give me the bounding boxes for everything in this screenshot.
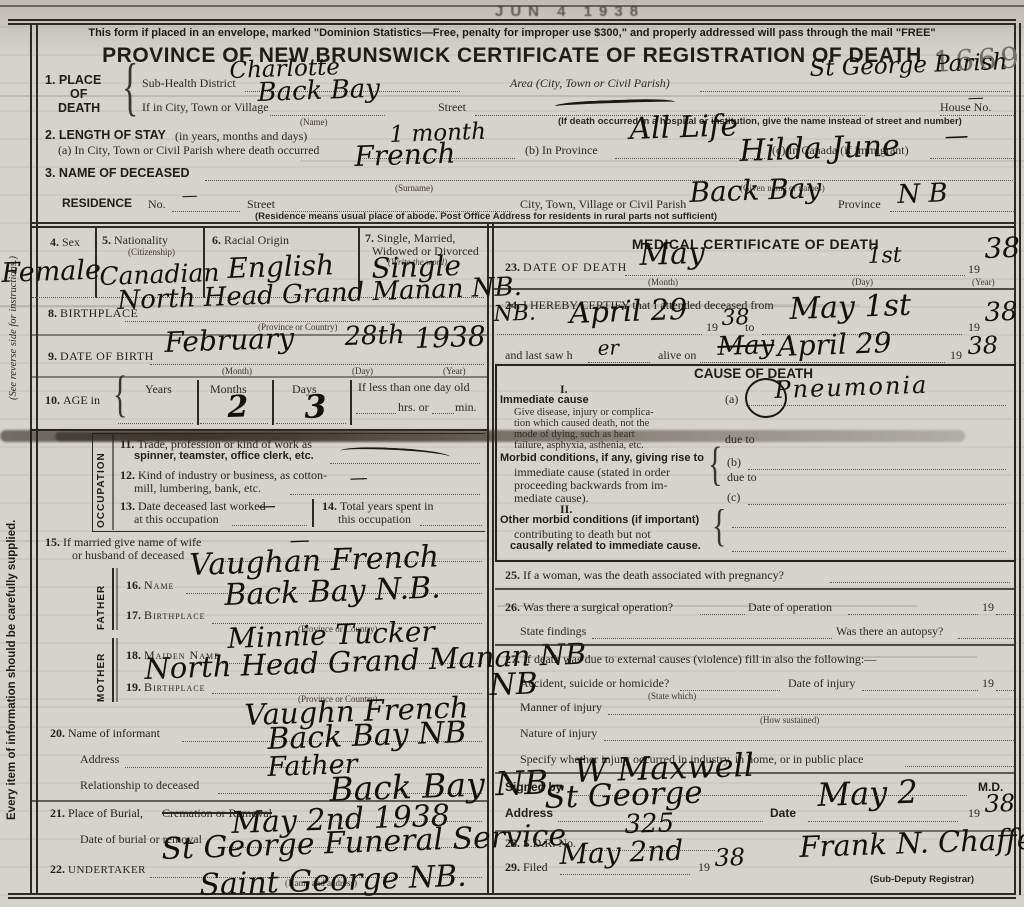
occ-12-label-a: Kind of industry or business, as cotton- — [138, 468, 327, 482]
filed-19: 19 — [698, 860, 710, 875]
dotted-line — [700, 613, 745, 615]
cause-title: CAUSE OF DEATH — [497, 366, 1010, 381]
spouse-label-2: or husband of deceased — [72, 548, 184, 563]
mother-bp-num: 19. — [126, 680, 141, 694]
other-brace: { — [712, 502, 726, 553]
rule — [495, 588, 1014, 590]
filed-value: May 2nd — [559, 834, 684, 871]
occ-13-num: 13. — [120, 499, 135, 513]
medical-certificate-title: MEDICAL CERTIFICATE OF DEATH — [497, 236, 1014, 252]
q26-num: 26. — [505, 600, 520, 614]
border-bottom-2 — [8, 897, 1016, 899]
dotted-line — [270, 114, 385, 116]
dod-year-value: 38 — [984, 231, 1021, 265]
dotted-line — [232, 524, 307, 526]
burial-label: Place of Burial, — [68, 806, 143, 820]
q27-sustained-note: (How sustained) — [760, 715, 819, 725]
q26-19: 19 — [982, 600, 994, 615]
border-top-2 — [8, 23, 1016, 25]
cause-b-label: (b) — [727, 455, 741, 470]
occ-12-num: 12. — [120, 468, 135, 482]
place-label-3: DEATH — [58, 101, 100, 115]
hospital-note: (If death occurred in a hospital or inst… — [558, 116, 962, 127]
scan-streak — [500, 304, 860, 307]
other-morbid-label-3: causally related to immediate cause. — [510, 540, 701, 552]
stay-label: LENGTH OF STAY — [59, 128, 166, 142]
place-label-1: PLACE — [59, 73, 101, 87]
dotted-line — [732, 550, 1006, 552]
birthdate-year-note: (Year) — [443, 366, 466, 376]
dotted-line — [905, 765, 1014, 767]
nat-sub-label: (Citizenship) — [128, 247, 175, 257]
dotted-line — [808, 820, 958, 822]
dotted-line — [996, 689, 1014, 691]
father-bracket-2 — [116, 568, 118, 630]
rule — [495, 772, 1014, 774]
q27-text: If death was due to external causes (vio… — [523, 652, 876, 666]
sdr-num: 28. — [505, 836, 520, 850]
death-certificate-scan: JUN 4 1938 16696 This form if placed in … — [0, 0, 1024, 907]
village-name-note: (Name) — [300, 117, 327, 127]
age-label: AGE in — [63, 393, 100, 407]
age-less-label: If less than one day old — [358, 380, 470, 395]
informant-num: 20. — [50, 726, 65, 740]
certify-alive-value: April 29 — [777, 326, 892, 363]
border-left-2 — [36, 23, 38, 895]
marital-num: 7. — [365, 231, 374, 245]
dotted-line — [958, 637, 1014, 639]
scan-streak — [0, 95, 1024, 97]
residence-no-label: No. — [148, 197, 166, 212]
occ-11-label-b: spinner, teamster, office clerk, etc. — [134, 450, 314, 462]
residence-note: (Residence means usual place of abode. P… — [255, 211, 717, 222]
place-label-2: OF — [70, 87, 87, 101]
father-name-label: Name — [144, 578, 174, 592]
stay-b-label: (b) In Province — [525, 143, 598, 158]
deceased-num: 3. — [45, 166, 55, 180]
residence-province-label: Province — [838, 197, 881, 212]
dotted-line — [748, 503, 1006, 505]
place-num: 1. — [45, 73, 55, 87]
sex-label: Sex — [62, 235, 80, 249]
dotted-line — [604, 739, 1014, 741]
certify-to-value: May 1st — [789, 288, 912, 327]
age-divider — [350, 380, 352, 425]
registrar-signature: Frank N. Chaffey — [799, 821, 1024, 864]
dotted-line — [700, 361, 945, 363]
scan-streak — [497, 656, 977, 658]
father-bp-label: Birthplace — [144, 608, 206, 622]
certify-alive-label: alive on — [658, 348, 696, 363]
residence-city-value: Back Bay — [689, 171, 822, 209]
dotted-line — [420, 524, 482, 526]
father-name-num: 16. — [126, 578, 141, 592]
received-date-stamp: JUN 4 1938 — [495, 3, 645, 20]
dotted-line — [118, 422, 193, 424]
residence-province-value: N B — [897, 178, 948, 210]
cause-a-label: (a) — [725, 392, 738, 407]
dod-label: DATE OF DEATH — [523, 260, 627, 274]
age-num: 10. — [45, 393, 60, 407]
dotted-line — [432, 412, 454, 414]
scan-streak — [300, 160, 1024, 162]
filed-year: 38 — [714, 843, 746, 872]
birthdate-day: 28th — [344, 320, 405, 352]
signed-year-value: 38 — [984, 789, 1016, 818]
street-label: Street — [438, 100, 466, 115]
dotted-line — [560, 873, 690, 875]
dotted-line — [497, 333, 702, 335]
nat-label: Nationality — [114, 233, 168, 247]
dotted-line — [588, 361, 650, 363]
area-label: Area (City, Town or Civil Parish) — [510, 76, 670, 91]
age-min-label: min. — [455, 400, 477, 415]
age-years-label: Years — [145, 382, 172, 397]
occ-14-label-a: Total years spent in — [340, 499, 433, 513]
q27-injury-date-label: Date of injury — [788, 676, 855, 691]
birthdate-month-note: (Month) — [222, 366, 252, 376]
village-label: If in City, Town or Village — [142, 100, 269, 115]
mother-bp-overflow-tail: NB — [489, 666, 538, 703]
q27-nature-label: Nature of injury — [520, 726, 597, 741]
other-morbid-label-1: Other morbid conditions (if important) — [500, 514, 699, 526]
stay-a-label: (a) In City, Town or Civil Parish where … — [58, 143, 319, 158]
dod-num: 23. — [505, 260, 520, 274]
immediate-cause-label: Immediate cause — [500, 394, 589, 406]
filed-num: 29. — [505, 860, 520, 874]
dotted-line — [330, 462, 480, 464]
surname-note: (Surname) — [395, 183, 433, 193]
certify-19c: 19 — [950, 348, 962, 363]
stay-paren: (in years, months and days) — [175, 129, 307, 144]
birthplace-num: 8. — [48, 306, 57, 320]
mother-bracket — [112, 638, 114, 702]
informant-label: Name of informant — [68, 726, 160, 740]
mail-notice: This form if placed in an envelope, mark… — [0, 27, 1024, 39]
certify-from-value: April 29 — [569, 292, 688, 330]
immediate-cause-desc-1: Give disease, injury or complica- — [514, 407, 654, 418]
informant-address-label: Address — [80, 752, 119, 767]
dotted-line — [356, 412, 396, 414]
dotted-line — [150, 363, 484, 365]
q27-accident-label: Accident, suicide or homicide? — [520, 676, 669, 691]
q25-num: 25. — [505, 568, 520, 582]
dotted-line — [276, 422, 346, 424]
border-bottom-1 — [8, 893, 1016, 895]
immediate-cause-desc-2: tion which caused death, not the — [514, 418, 649, 429]
house-no-value: — — [967, 87, 984, 107]
certify-to-year: 38 — [984, 297, 1018, 328]
stay-c-value: — — [944, 121, 969, 150]
occ-14-label-b: this occupation — [338, 512, 411, 527]
deceased-given: Hilda June — [739, 128, 901, 169]
dotted-line — [996, 613, 1014, 615]
occ-13-14-divider — [312, 499, 314, 527]
occ-12-value: — — [349, 467, 368, 489]
border-right-2 — [1019, 23, 1021, 895]
ink-smudge-dark — [55, 432, 495, 441]
residence-street-label: Street — [247, 197, 275, 212]
race-num: 6. — [212, 233, 221, 247]
certify-alive-year: 38 — [967, 331, 999, 360]
occupation-inner-line — [112, 433, 114, 530]
signed-date-label: Date — [770, 806, 796, 820]
q27-19: 19 — [982, 676, 994, 691]
q27-num: 27. — [505, 652, 520, 666]
dotted-line — [290, 493, 480, 495]
deceased-surname: French — [354, 136, 456, 173]
sub-health-district-label: Sub-Health District — [142, 76, 236, 91]
certify-her: er — [597, 335, 619, 360]
dotted-line — [205, 179, 1015, 181]
dotted-line — [172, 210, 240, 212]
signed-date-value: May 2 — [817, 773, 919, 814]
scan-streak — [0, 540, 487, 542]
stay-b-value: All Life — [629, 108, 739, 147]
age-days-value: 3 — [304, 387, 328, 426]
cause-due2: due to — [727, 470, 757, 485]
occupation-vertical-label: OCCUPATION — [96, 438, 107, 528]
spouse-label-1: If married give name of wife — [63, 535, 201, 549]
dotted-line — [930, 157, 1014, 159]
rule — [495, 644, 1014, 646]
occ-13-label-a: Date deceased last worked — [138, 499, 266, 513]
dod-day-value: 1st — [867, 243, 902, 269]
dod-19: 19 — [968, 262, 980, 277]
dotted-line — [748, 404, 1006, 406]
signed-19: 19 — [968, 806, 980, 821]
marital-label-1: Single, Married, — [377, 231, 455, 245]
q25-text: If a woman, was the death associated wit… — [523, 568, 784, 582]
dod-month-value: May — [639, 236, 706, 273]
morbid-label-4: mediate cause). — [514, 491, 589, 506]
margin-note-supply: Every item of information should be care… — [6, 400, 18, 820]
birthdate-num: 9. — [48, 349, 57, 363]
dotted-line — [732, 526, 1006, 528]
father-bracket — [112, 568, 114, 630]
rule-residence-2 — [30, 226, 1015, 228]
q26-text: Was there a surgical operation? — [523, 600, 673, 614]
scan-streak — [0, 305, 500, 307]
burial-num: 21. — [50, 806, 65, 820]
border-left-1 — [30, 23, 32, 895]
dotted-line — [748, 468, 1006, 470]
mother-maiden-num: 18. — [126, 648, 141, 662]
father-vertical-label: FATHER — [96, 570, 107, 630]
age-divider — [272, 380, 274, 425]
dod-day-note: (Day) — [852, 277, 873, 287]
cause-c-label: (c) — [727, 490, 740, 505]
filed-label: Filed — [523, 860, 548, 874]
spouse-num: 15. — [45, 535, 60, 549]
dotted-line — [625, 274, 965, 276]
age-brace: { — [113, 366, 127, 424]
scan-streak — [0, 706, 1024, 708]
occ-12-label-b: mill, lumbering, bank, etc. — [134, 481, 261, 496]
rule — [30, 376, 487, 378]
nat-num: 5. — [102, 233, 111, 247]
occ-14-num: 14. — [322, 499, 337, 513]
undertaker-num: 22. — [50, 862, 65, 876]
residence-no-value: — — [181, 185, 198, 205]
place-brace: { — [122, 53, 138, 125]
birthdate-label: DATE OF BIRTH — [60, 349, 154, 363]
mother-vertical-label: MOTHER — [96, 640, 107, 702]
dotted-line — [890, 210, 1014, 212]
age-hrs-label: hrs. or — [398, 400, 429, 415]
dotted-line — [940, 114, 1014, 116]
sex-num: 4. — [50, 235, 59, 249]
race-label: Racial Origin — [224, 233, 289, 247]
sex-value: Female — [1, 255, 102, 289]
occ-13-label-b: at this occupation — [134, 512, 219, 527]
q26-findings-label: State findings — [520, 624, 586, 639]
q27-state-which-note: (State which) — [648, 691, 696, 701]
dod-month-note: (Month) — [648, 277, 678, 287]
age-months-value: 2 — [227, 389, 249, 425]
age-divider — [197, 380, 199, 425]
dotted-line — [830, 581, 1010, 583]
q26-autopsy-label: Was there an autopsy? — [836, 624, 943, 639]
dotted-line — [862, 689, 978, 691]
morbid-brace: { — [708, 438, 722, 492]
village-value: Back Bay — [257, 74, 380, 108]
father-bp-num: 17. — [126, 608, 141, 622]
area-value: St George Parish — [809, 49, 1008, 82]
dotted-line — [700, 90, 1010, 92]
scan-streak — [497, 605, 917, 607]
deceased-label: NAME OF DECEASED — [59, 166, 190, 180]
registrar-note: (Sub-Deputy Registrar) — [870, 874, 974, 885]
dotted-line — [200, 422, 268, 424]
street-scribble — [555, 98, 675, 112]
residence-label: RESIDENCE — [62, 196, 132, 210]
dotted-line — [592, 637, 832, 639]
mother-bracket-2 — [116, 638, 118, 702]
dod-year-note: (Year) — [972, 277, 995, 287]
morbid-label-1: Morbid conditions, if any, giving rise t… — [500, 452, 704, 464]
certify-alive-struck: May — [717, 330, 775, 362]
informant-rel-label: Relationship to deceased — [80, 778, 199, 793]
dotted-line — [848, 613, 978, 615]
birthdate-day-note: (Day) — [352, 366, 373, 376]
q26-date-label: Date of operation — [748, 600, 832, 615]
stay-num: 2. — [45, 128, 55, 142]
birthdate-year: 1938 — [414, 320, 486, 355]
rule-residence-1 — [30, 222, 1015, 224]
residence-city-label: City, Town, Village or Civil Parish — [520, 197, 686, 212]
occ-13-value: — — [257, 495, 276, 517]
rule — [492, 288, 1014, 290]
certify-lastsaw-label: and last saw h — [505, 348, 573, 363]
cause-a-value: Pneumonia — [774, 371, 929, 404]
father-bp-value: Back Bay N.B. — [224, 570, 441, 613]
birthdate-month: February — [164, 321, 295, 359]
undertaker-label: UNDERTAKER — [68, 864, 146, 876]
